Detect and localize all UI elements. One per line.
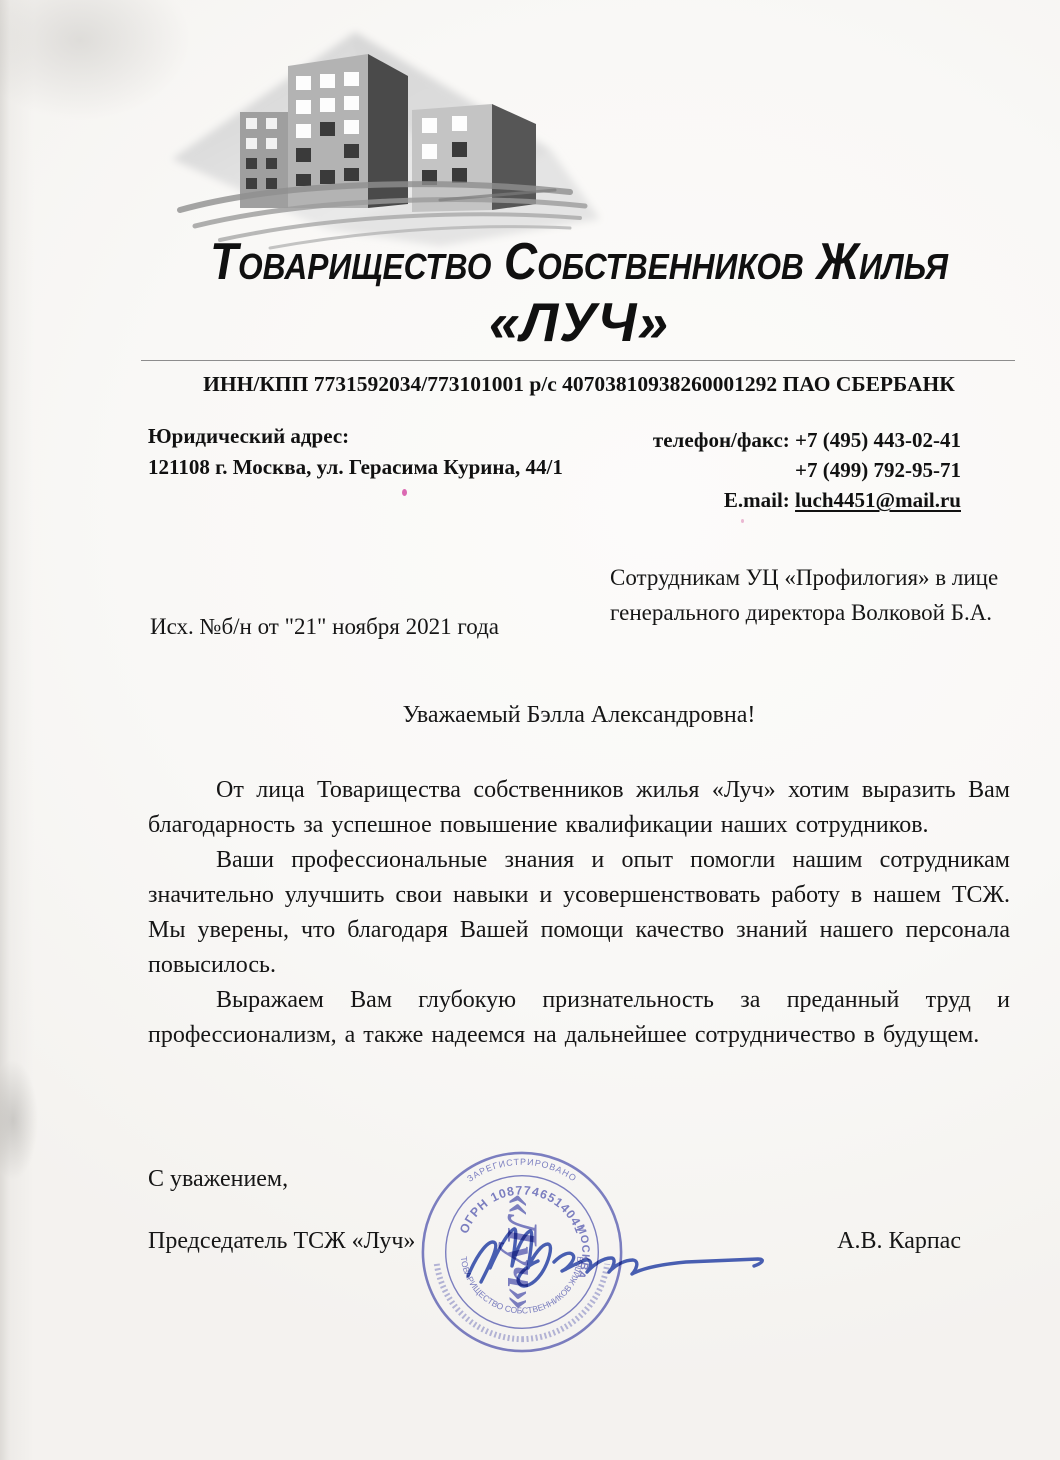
phone-email-block: телефон/факс: +7 (495) 443-02-41 +7 (499… [653,425,961,515]
org-title-line2: «ЛУЧ» [145,293,1013,351]
letter-body: От лица Товарищества собственников жилья… [148,773,1010,1053]
buildings-logo [140,14,620,252]
paragraph-1: От лица Товарищества собственников жилья… [148,773,1010,843]
signer-position: Председатель ТСЖ «Луч» [148,1228,415,1255]
email-address: luch4451@mail.ru [795,488,961,512]
recipient-line2: генерального директора Волковой Б.А. [610,595,998,630]
phone-fax-line: телефон/факс: +7 (495) 443-02-41 [653,425,961,455]
salutation: Уважаемый Бэлла Александровна! [145,702,1013,729]
scan-speck [741,519,744,523]
scan-artifact [0,1060,38,1180]
legal-address: Юридический адрес: 121108 г. Москва, ул.… [148,421,563,483]
signer-name: А.В. Карпас [837,1228,961,1255]
email-label: E.mail: [724,488,790,512]
closing-line: С уважением, [148,1166,288,1193]
address-label: Юридический адрес: [148,421,563,452]
scanned-letter-page: Товарищество Собственников Жилья «ЛУЧ» И… [0,0,1060,1460]
phone-line2: +7 (499) 792-95-71 [653,455,961,485]
recipient-line1: Сотрудникам УЦ «Профилогия» в лице [610,560,998,595]
address-value: 121108 г. Москва, ул. Герасима Курина, 4… [148,452,563,483]
outgoing-reference: Исх. №б/н от "21" ноября 2021 года [150,614,499,640]
scan-speck [402,489,407,496]
recipient-block: Сотрудникам УЦ «Профилогия» в лице генер… [610,560,998,630]
handwritten-signature [462,1210,792,1300]
header-divider [141,360,1015,361]
email-line: E.mail: luch4451@mail.ru [653,485,961,515]
org-title-line1: Товарищество Собственников Жилья [197,236,961,288]
paragraph-3: Выражаем Вам глубокую признательность за… [148,983,1010,1053]
signature-stroke [468,1229,762,1286]
paragraph-2: Ваши профессиональные знания и опыт помо… [148,843,1010,983]
inn-requisites: ИНН/КПП 7731592034/773101001 р/с 4070381… [145,372,1013,397]
